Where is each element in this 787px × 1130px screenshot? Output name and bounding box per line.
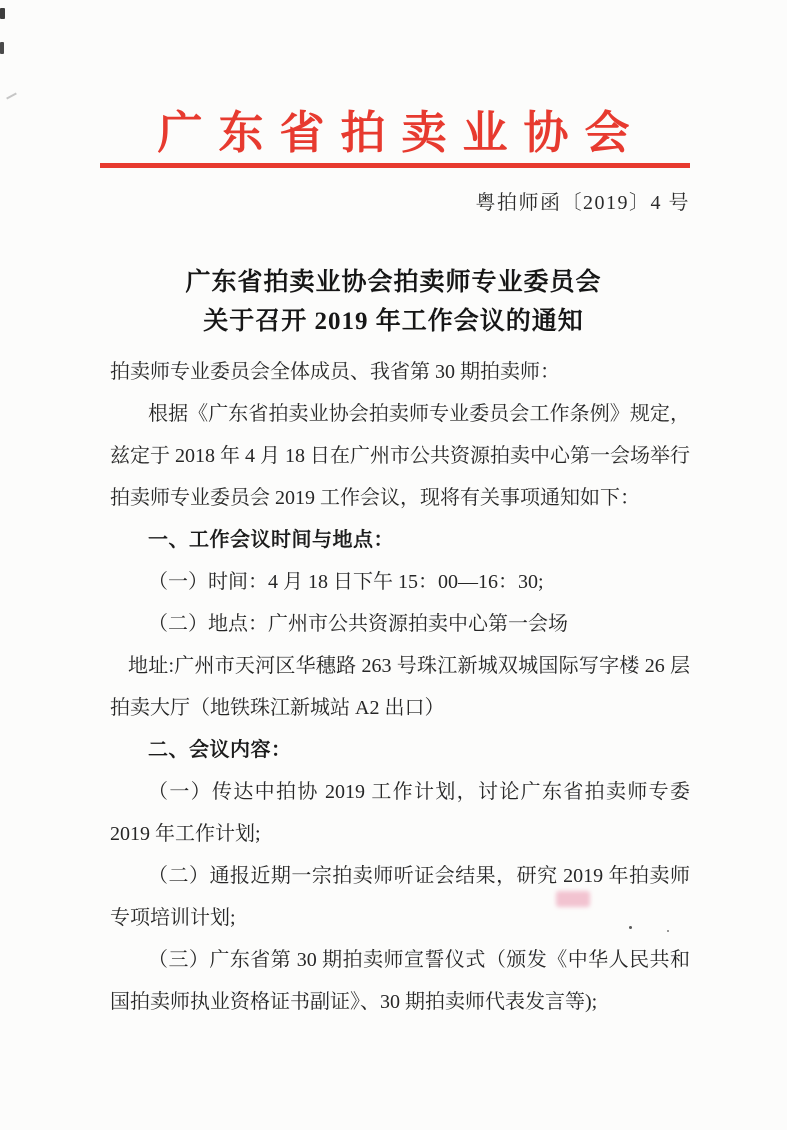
paragraph-agenda-1: （一）传达中拍协 2019 工作计划，讨论广东省拍卖师专委 2019 年工作计划… <box>110 771 690 855</box>
stamp-bleed-mark <box>556 891 590 907</box>
scan-speck <box>0 8 5 19</box>
paragraph-agenda-3: （三）广东省第 30 期拍卖师宣誓仪式（颁发《中华人民共和国拍卖师执业资格证书副… <box>110 939 690 1023</box>
paragraph-address: 地址:广州市天河区华穗路 263 号珠江新城双城国际写字楼 26 层拍卖大厅（地… <box>110 645 690 729</box>
letterhead-divider <box>100 163 690 168</box>
doc-title-line2: 关于召开 2019 年工作会议的通知 <box>0 302 787 341</box>
doc-title-line1: 广东省拍卖业协会拍卖师专业委员会 <box>0 263 787 302</box>
scanned-notice-page: 广东省拍卖业协会 粤拍师函〔2019〕4 号 广东省拍卖业协会拍卖师专业委员会 … <box>0 0 787 1130</box>
scan-speck <box>0 42 4 54</box>
paragraph-time: （一）时间：4 月 18 日下午 15：00—16：30; <box>110 561 690 603</box>
section-heading-2: 二、会议内容： <box>110 729 690 771</box>
notice-body: 拍卖师专业委员会全体成员、我省第 30 期拍卖师： 根据《广东省拍卖业协会拍卖师… <box>110 351 690 1023</box>
ink-dot <box>629 926 632 929</box>
paragraph-venue: （二）地点：广州市公共资源拍卖中心第一会场 <box>110 603 690 645</box>
ink-dot <box>667 930 669 932</box>
association-banner-title: 广东省拍卖业协会 <box>0 96 787 161</box>
paragraph-intro: 根据《广东省拍卖业协会拍卖师专业委员会工作条例》规定，兹定于 2018 年 4 … <box>110 393 690 519</box>
doc-title: 广东省拍卖业协会拍卖师专业委员会 关于召开 2019 年工作会议的通知 <box>0 263 787 341</box>
section-heading-1: 一、工作会议时间与地点： <box>110 519 690 561</box>
salutation-line: 拍卖师专业委员会全体成员、我省第 30 期拍卖师： <box>110 351 690 393</box>
paragraph-agenda-2: （二）通报近期一宗拍卖师听证会结果，研究 2019 年拍卖师专项培训计划; <box>110 855 690 939</box>
document-ref-number: 粤拍师函〔2019〕4 号 <box>110 186 690 215</box>
